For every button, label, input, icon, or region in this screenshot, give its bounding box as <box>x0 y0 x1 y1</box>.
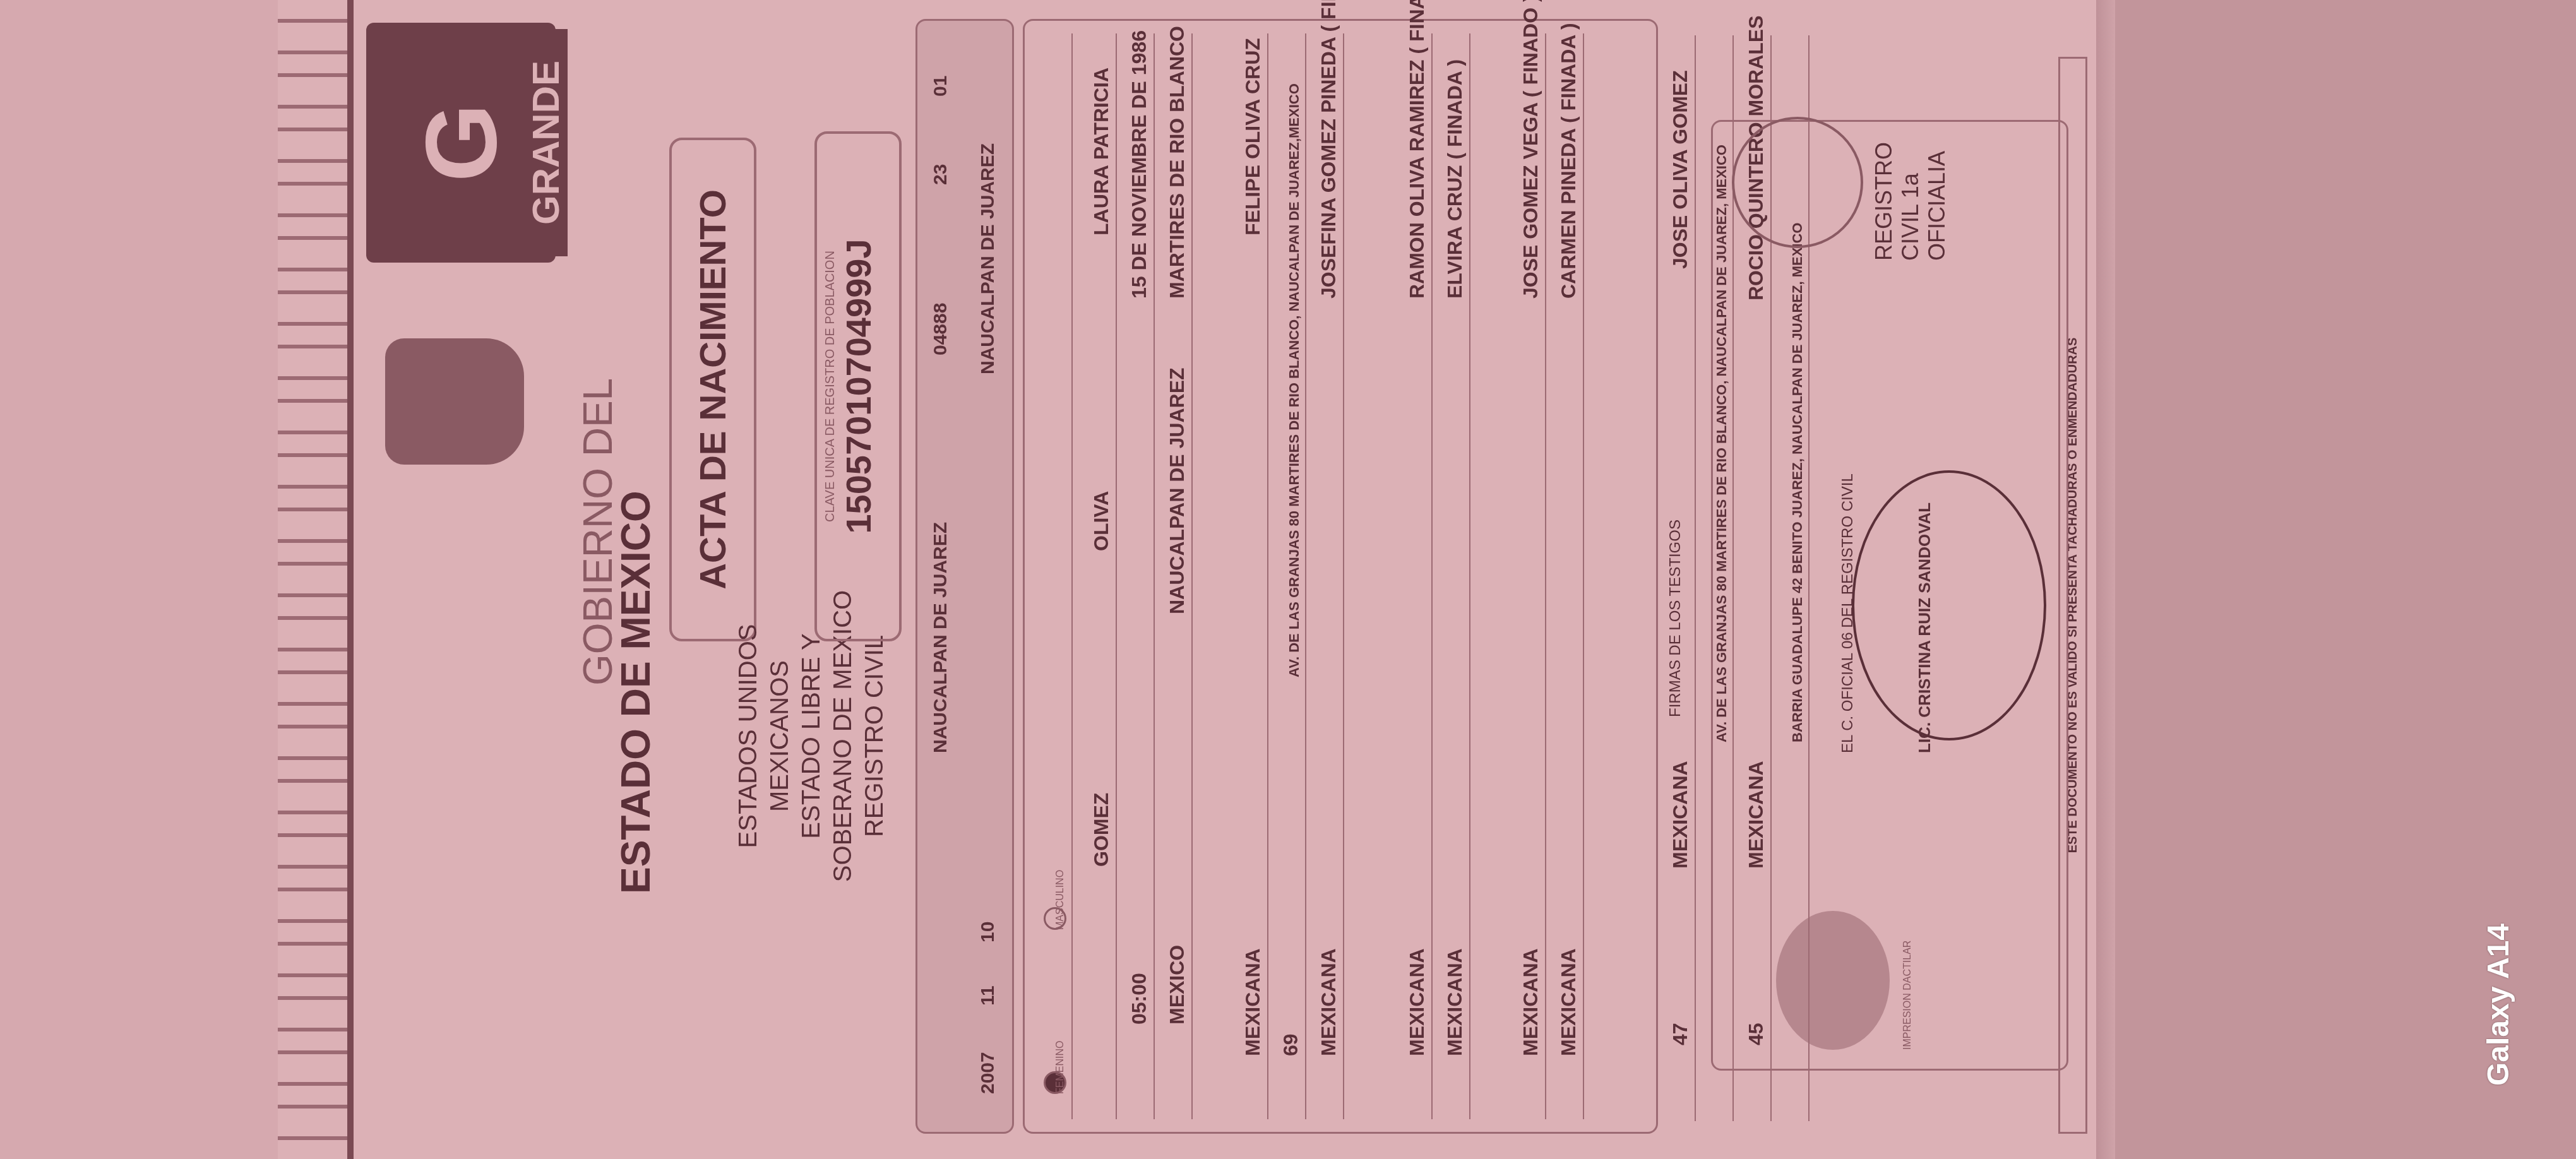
grandparent-name: CARMEN PINEDA ( FINADA ) <box>1557 23 1580 299</box>
state-coat-of-arms-icon <box>385 338 524 465</box>
grandparent-row: CARMEN PINEDA ( FINADA ) MEXICANA <box>1555 33 1584 1119</box>
reg-acta: 04888 <box>930 303 951 355</box>
birth-state: MEXICO <box>1166 945 1189 1025</box>
reg-anio: 2007 <box>977 1052 999 1094</box>
registrant-section: FEMENINO MASCULINO LAURA PATRICIA OLIVA … <box>1023 19 1658 1134</box>
father-nationality: MEXICANA <box>1241 948 1265 1056</box>
father-address-row: AV. DE LAS GRANJAS 80 MARTIRES DE RIO BL… <box>1277 33 1306 1119</box>
curp-box: CLAVE UNICA DE REGISTRO DE POBLACION 150… <box>814 131 902 641</box>
father-name: FELIPE OLIVA CRUZ <box>1241 38 1265 235</box>
signature-icon <box>1852 470 2046 740</box>
logo-text: GRANDE <box>524 29 568 256</box>
birth-municipality: NAUCALPAN DE JUAREZ <box>1166 367 1189 614</box>
reg-mes: 11 <box>977 985 999 1006</box>
father-address: AV. DE LAS GRANJAS 80 MARTIRES DE RIO BL… <box>1286 83 1303 677</box>
fingerprint-label: IMPRESION DACTILAR <box>1902 941 1914 1050</box>
registrant-name: LAURA PATRICIA <box>1090 68 1113 235</box>
registrant-surname-2: GOMEZ <box>1090 793 1113 867</box>
official-seal-icon <box>1732 117 1863 248</box>
sexo-row: FEMENINO MASCULINO <box>1044 33 1073 1119</box>
curp-label: CLAVE UNICA DE REGISTRO DE POBLACION <box>823 134 838 639</box>
country: ESTADOS UNIDOS MEXICANOS <box>732 578 796 894</box>
fingerprint-icon <box>1776 911 1890 1050</box>
decorative-border <box>278 0 354 1159</box>
certification-area: ESTE DOCUMENTO NO ES VALIDO SI PRESENTA … <box>1667 0 2096 1159</box>
registration-row: 01 23 04888 NAUCALPAN DE JUAREZ NAUCALPA… <box>915 19 1014 1134</box>
father-age: 69 <box>1279 1033 1303 1056</box>
reg-libro: 23 <box>930 164 951 185</box>
grandparent-row: RAMON OLIVA RAMIREZ ( FINADO ) MEXICANA <box>1404 33 1433 1119</box>
grandparent-row: JOSE GOMEZ VEGA ( FINADO ) MEXICANA <box>1517 33 1546 1119</box>
reg-dia: 10 <box>977 922 999 942</box>
birth-date-row: 15 DE NOVIEMBRE DE 1986 05:00 <box>1126 33 1155 1119</box>
birth-place-row: MARTIRES DE RIO BLANCO NAUCALPAN DE JUAR… <box>1164 33 1193 1119</box>
device-watermark: Galaxy A14 <box>2481 924 2516 1086</box>
mother-name: JOSEFINA GOMEZ PINEDA ( FINADA ) <box>1317 0 1340 299</box>
mother-row: JOSEFINA GOMEZ PINEDA ( FINADA ) MEXICAN… <box>1315 33 1344 1119</box>
certification-box: REGISTRO CIVIL 1a OFICIALIA IMPRESION DA… <box>1711 120 2068 1071</box>
reg-oficialia-place: NAUCALPAN DE JUAREZ <box>977 143 999 374</box>
mother-nationality: MEXICANA <box>1317 948 1340 1056</box>
grandparent-row: ELVIRA CRUZ ( FINADA ) MEXICANA <box>1441 33 1470 1119</box>
birth-date: 15 DE NOVIEMBRE DE 1986 <box>1128 30 1151 299</box>
grandparent-name: ELVIRA CRUZ ( FINADA ) <box>1443 59 1467 299</box>
name-row: LAURA PATRICIA OLIVA GOMEZ <box>1088 33 1117 1119</box>
father-row: FELIPE OLIVA CRUZ MEXICANA <box>1239 33 1268 1119</box>
birth-time: 05:00 <box>1128 973 1151 1025</box>
reg-entidad: 01 <box>930 76 951 97</box>
gov-line-2: ESTADO DE MEXICO <box>612 490 659 894</box>
witness-signatures-label: FIRMAS DE LOS TESTIGOS <box>1667 520 1685 717</box>
background-surface-left <box>0 0 278 1159</box>
grandparent-name: RAMON OLIVA RAMIREZ ( FINADO ) <box>1405 0 1429 299</box>
reg-municipio: NAUCALPAN DE JUAREZ <box>930 522 951 753</box>
grandparent-name: JOSE GOMEZ VEGA ( FINADO ) <box>1519 0 1542 299</box>
seal-text: REGISTRO CIVIL 1a OFICIALIA <box>1871 122 1950 261</box>
birth-place: MARTIRES DE RIO BLANCO <box>1166 26 1189 299</box>
document-type: ACTA DE NACIMIENTO <box>669 138 756 641</box>
registrant-surname-1: OLIVA <box>1090 491 1113 551</box>
birth-certificate: G GRANDE GOBIERNO DEL ESTADO DE MEXICO A… <box>278 0 2096 1159</box>
curp-value: 15057010704999J <box>838 134 879 639</box>
